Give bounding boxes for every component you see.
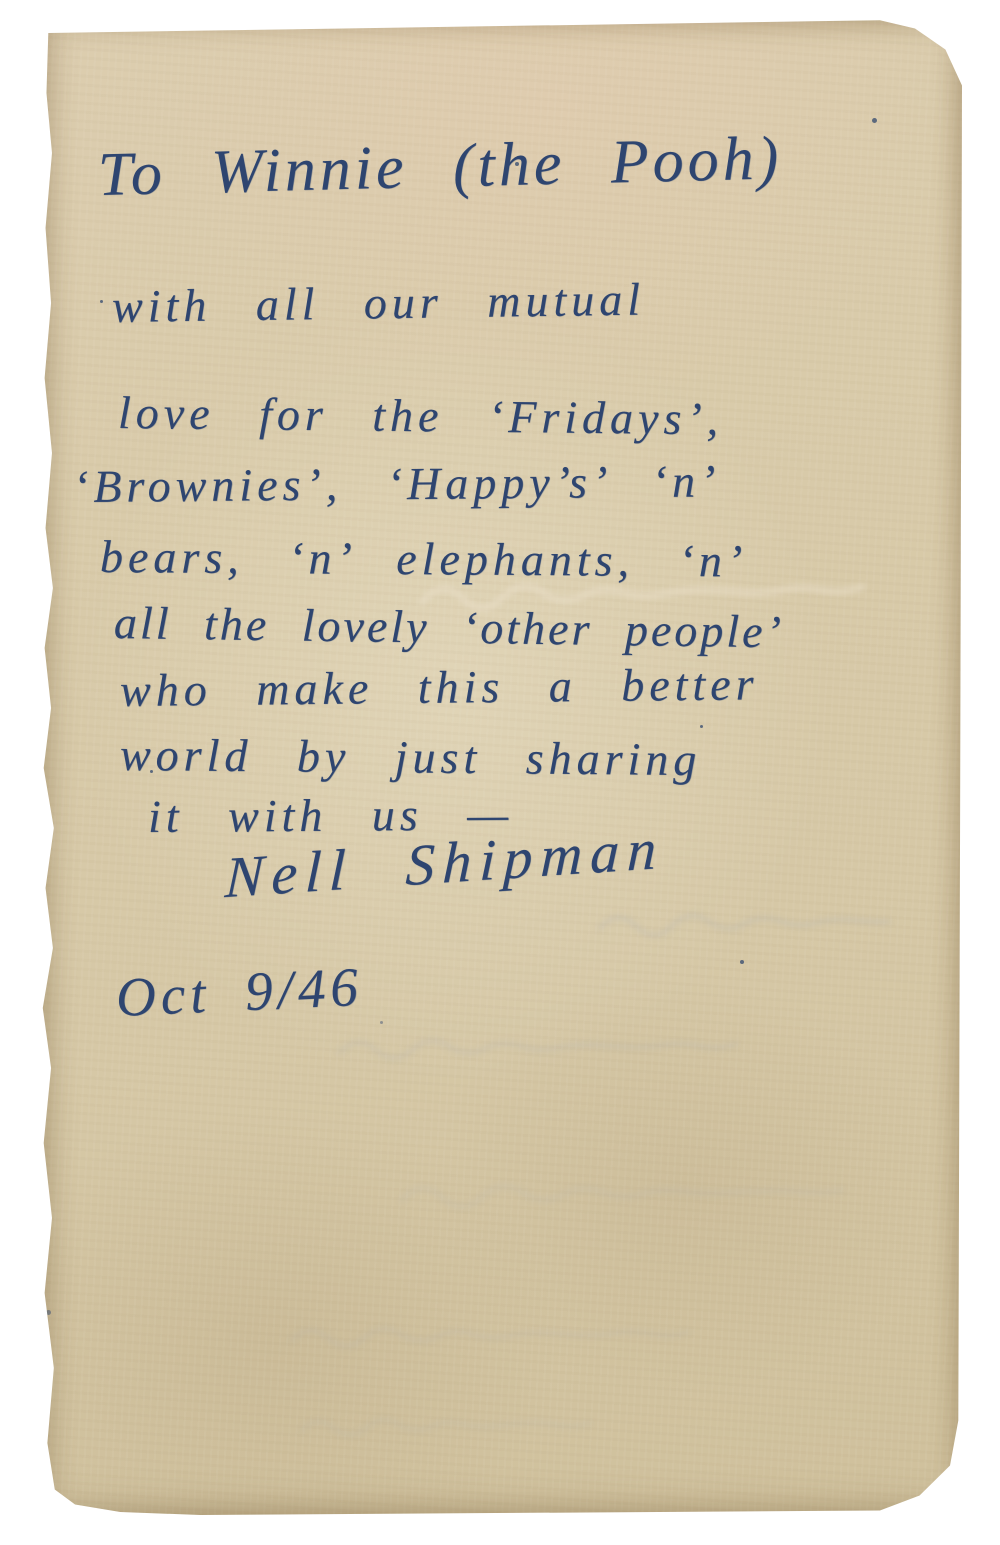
inscription-line-7: who make this a better (120, 657, 759, 717)
ink-speck (380, 1021, 383, 1024)
inscription-line-8: world by just sharing (120, 728, 702, 786)
ink-speck (700, 725, 703, 728)
ink-speck (872, 118, 877, 123)
inscription-line-5: bears, ‘n’ elephants, ‘n’ (100, 530, 748, 588)
date: Oct 9/46 (115, 955, 365, 1029)
scan-background: To Winnie (the Pooh) with all our mutual… (0, 0, 1000, 1545)
inscription-line-3: love for the ‘Fridays’, (118, 386, 724, 445)
ink-speck (100, 300, 103, 303)
ink-speck (740, 960, 744, 964)
inscription-line-2: with all our mutual (112, 273, 646, 333)
ink-speck (46, 1310, 51, 1315)
inscription-line-1: To Winnie (the Pooh) (97, 123, 783, 211)
inscription-line-4: ‘Brownies’, ‘Happy’s’ ‘n’ (73, 454, 721, 513)
autograph-page: To Winnie (the Pooh) with all our mutual… (40, 18, 962, 1518)
inscription-line-6: all the lovely ‘other people’ (114, 596, 785, 658)
